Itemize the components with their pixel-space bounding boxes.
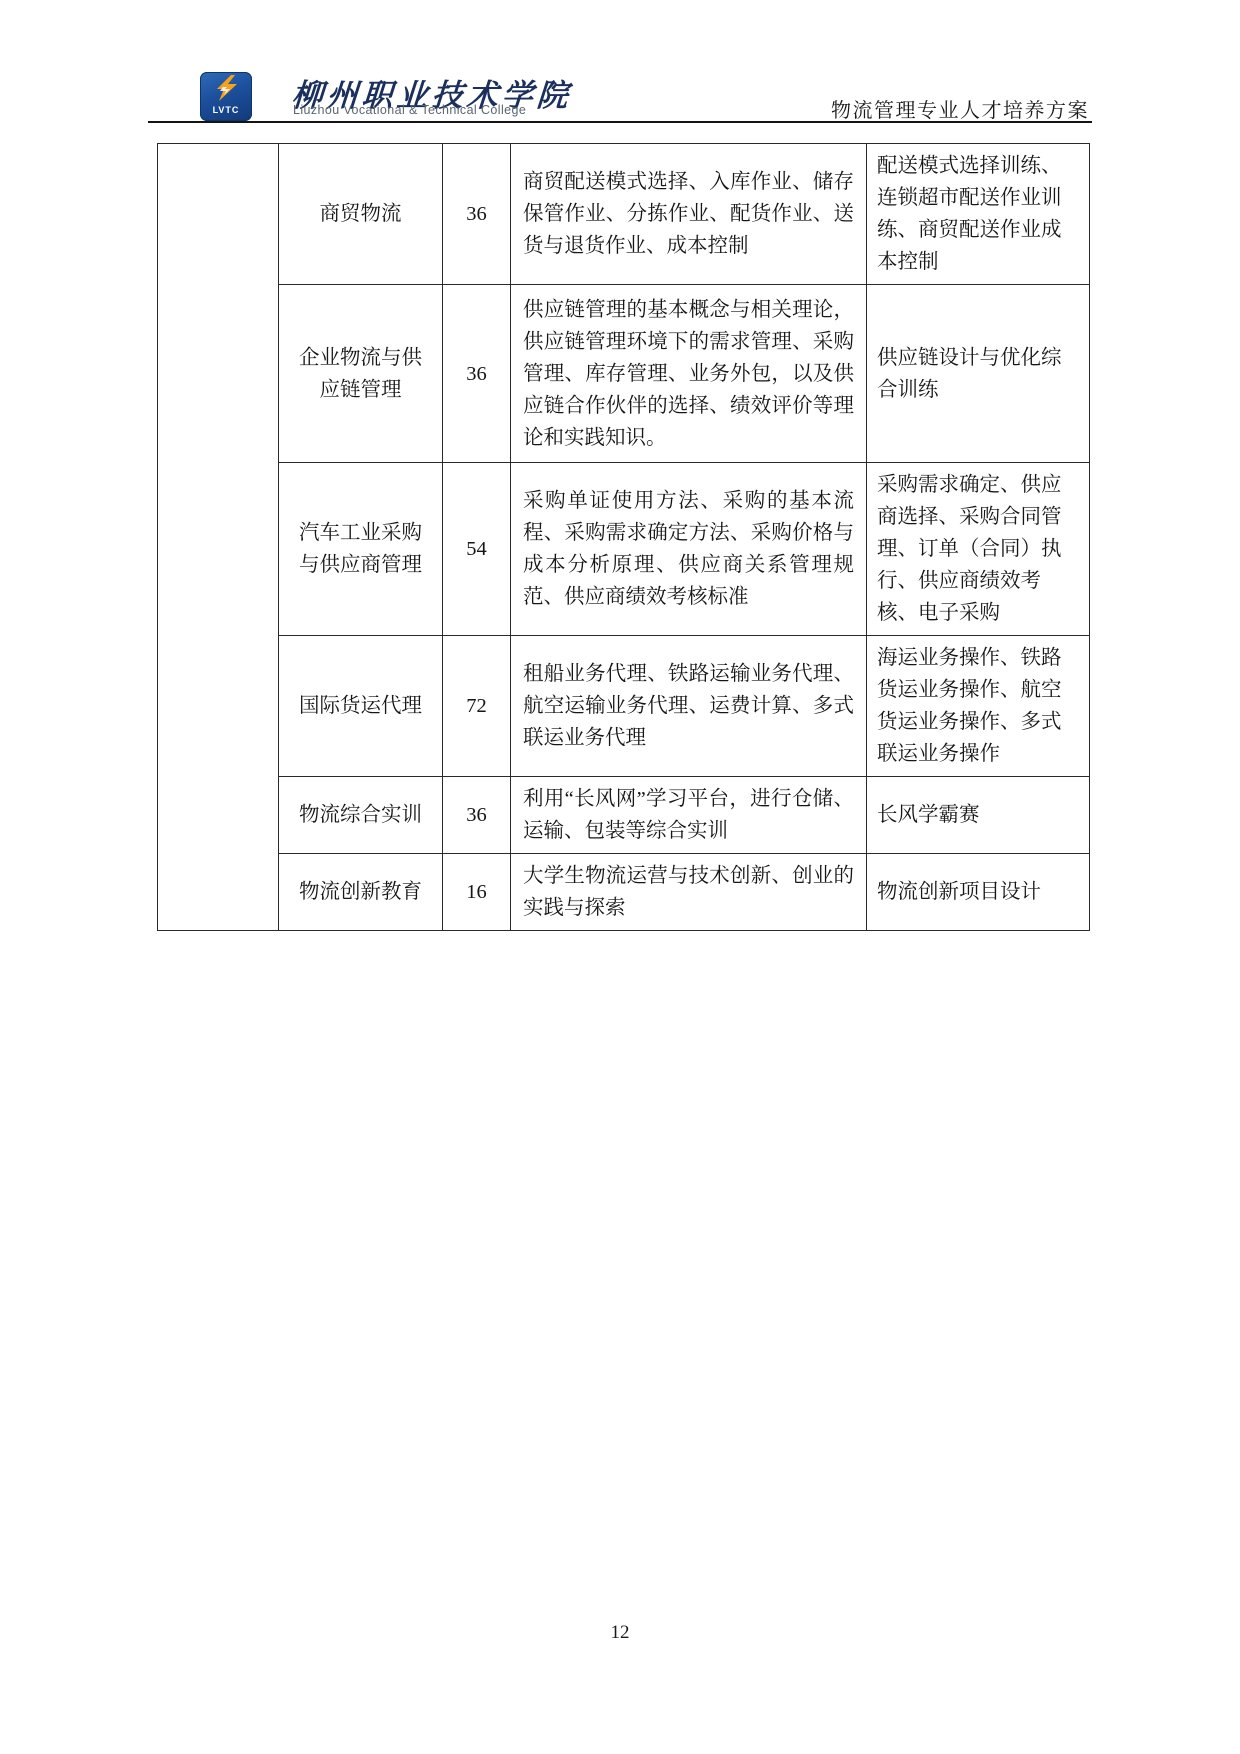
course-description-cell: 采购单证使用方法、采购的基本流程、采购需求确定方法、采购价格与成本分析原理、供应… bbox=[511, 463, 867, 636]
course-training-cell: 海运业务操作、铁路货运业务操作、航空货运业务操作、多式联运业务操作 bbox=[867, 636, 1090, 777]
table-row: 国际货运代理 72 租船业务代理、铁路运输业务代理、航空运输业务代理、运费计算、… bbox=[158, 636, 1090, 777]
college-name-en: Liuzhou Vocational & Technical College bbox=[293, 103, 713, 117]
course-description-cell: 供应链管理的基本概念与相关理论，供应链管理环境下的需求管理、采购管理、库存管理、… bbox=[511, 285, 867, 463]
course-name-cell: 企业物流与供应链管理 bbox=[279, 285, 443, 463]
merged-spacer-cell bbox=[158, 144, 279, 931]
lightning-glyph-icon bbox=[209, 74, 243, 106]
course-description-cell: 租船业务代理、铁路运输业务代理、航空运输业务代理、运费计算、多式联运业务代理 bbox=[511, 636, 867, 777]
table-row: 物流创新教育 16 大学生物流运营与技术创新、创业的实践与探索 物流创新项目设计 bbox=[158, 854, 1090, 931]
course-training-cell: 物流创新项目设计 bbox=[867, 854, 1090, 931]
course-training-cell: 配送模式选择训练、连锁超市配送作业训练、商贸配送作业成本控制 bbox=[867, 144, 1090, 285]
course-name-cell: 物流创新教育 bbox=[279, 854, 443, 931]
course-training-cell: 供应链设计与优化综合训练 bbox=[867, 285, 1090, 463]
course-hours-cell: 36 bbox=[443, 285, 511, 463]
course-description-cell: 利用“长风网”学习平台，进行仓储、运输、包装等综合实训 bbox=[511, 777, 867, 854]
header-divider bbox=[148, 121, 1092, 123]
course-name-cell: 物流综合实训 bbox=[279, 777, 443, 854]
table-row: 商贸物流 36 商贸配送模式选择、入库作业、储存保管作业、分拣作业、配货作业、送… bbox=[158, 144, 1090, 285]
course-hours-cell: 72 bbox=[443, 636, 511, 777]
course-name-cell: 汽车工业采购与供应商管理 bbox=[279, 463, 443, 636]
table-row: 物流综合实训 36 利用“长风网”学习平台，进行仓储、运输、包装等综合实训 长风… bbox=[158, 777, 1090, 854]
course-name-cell: 国际货运代理 bbox=[279, 636, 443, 777]
course-description-cell: 商贸配送模式选择、入库作业、储存保管作业、分拣作业、配货作业、送货与退货作业、成… bbox=[511, 144, 867, 285]
table-row: 汽车工业采购与供应商管理 54 采购单证使用方法、采购的基本流程、采购需求确定方… bbox=[158, 463, 1090, 636]
table-row: 企业物流与供应链管理 36 供应链管理的基本概念与相关理论，供应链管理环境下的需… bbox=[158, 285, 1090, 463]
page-header: LVTC 柳州职业技术学院 Liuzhou Vocational & Techn… bbox=[0, 0, 1240, 124]
document-page: LVTC 柳州职业技术学院 Liuzhou Vocational & Techn… bbox=[0, 0, 1240, 1754]
course-training-cell: 长风学霸赛 bbox=[867, 777, 1090, 854]
course-hours-cell: 36 bbox=[443, 777, 511, 854]
course-training-cell: 采购需求确定、供应商选择、采购合同管理、订单（合同）执行、供应商绩效考核、电子采… bbox=[867, 463, 1090, 636]
document-title: 物流管理专业人才培养方案 bbox=[831, 94, 1089, 123]
logo-acronym: LVTC bbox=[213, 105, 240, 115]
course-table: 商贸物流 36 商贸配送模式选择、入库作业、储存保管作业、分拣作业、配货作业、送… bbox=[157, 143, 1090, 931]
course-hours-cell: 16 bbox=[443, 854, 511, 931]
course-name-cell: 商贸物流 bbox=[279, 144, 443, 285]
course-hours-cell: 36 bbox=[443, 144, 511, 285]
course-description-cell: 大学生物流运营与技术创新、创业的实践与探索 bbox=[511, 854, 867, 931]
page-number: 12 bbox=[0, 1622, 1240, 1644]
college-logo-icon: LVTC bbox=[200, 72, 252, 121]
course-hours-cell: 54 bbox=[443, 463, 511, 636]
